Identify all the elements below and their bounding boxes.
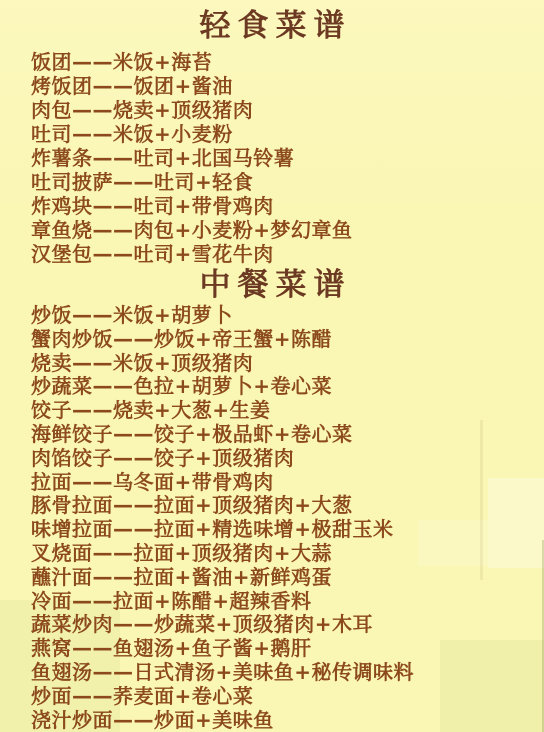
recipe-item: 炒饭——米饭+胡萝卜 <box>31 304 544 328</box>
recipe-item: 蔬菜炒肉——炒蔬菜+顶级猪肉+木耳 <box>31 613 544 637</box>
recipe-item: 豚骨拉面——拉面+顶级猪肉+大葱 <box>31 494 544 518</box>
recipe-item: 鱼翅汤——日式清汤+美味鱼+秘传调味料 <box>31 661 544 685</box>
recipe-item: 饺子——烧卖+大葱+生姜 <box>31 399 544 423</box>
recipe-item: 燕窝——鱼翅汤+鱼子酱+鹅肝 <box>31 637 544 661</box>
recipe-item: 肉包——烧卖+顶级猪肉 <box>31 98 544 122</box>
recipe-list-light-food: 饭团——米饭+海苔 烤饭团——饭团+酱油 肉包——烧卖+顶级猪肉 吐司——米饭+… <box>0 50 544 266</box>
section-title-light-food: 轻食菜谱 <box>0 7 544 45</box>
recipe-item: 蟹肉炒饭——炒饭+帝王蟹+陈醋 <box>31 328 544 352</box>
recipe-content: 轻食菜谱 饭团——米饭+海苔 烤饭团——饭团+酱油 肉包——烧卖+顶级猪肉 吐司… <box>0 0 544 732</box>
recipe-item: 蘸汁面——拉面+酱油+新鲜鸡蛋 <box>31 566 544 590</box>
recipe-item: 拉面——乌冬面+带骨鸡肉 <box>31 471 544 495</box>
recipe-item: 章鱼烧——肉包+小麦粉+梦幻章鱼 <box>31 218 544 242</box>
recipe-item: 浇汁炒面——炒面+美味鱼 <box>31 709 544 732</box>
recipe-list-chinese-food: 炒饭——米饭+胡萝卜 蟹肉炒饭——炒饭+帝王蟹+陈醋 烧卖——米饭+顶级猪肉 炒… <box>0 304 544 732</box>
recipe-item: 汉堡包——吐司+雪花牛肉 <box>31 242 544 266</box>
recipe-item: 饭团——米饭+海苔 <box>31 50 544 74</box>
recipe-item: 肉馅饺子——饺子+顶级猪肉 <box>31 447 544 471</box>
recipe-item: 炸鸡块——吐司+带骨鸡肉 <box>31 194 544 218</box>
recipe-item: 炒面——荞麦面+卷心菜 <box>31 685 544 709</box>
recipe-item: 烤饭团——饭团+酱油 <box>31 74 544 98</box>
recipe-item: 海鲜饺子——饺子+极品虾+卷心菜 <box>31 423 544 447</box>
recipe-sheet: 轻食菜谱 饭团——米饭+海苔 烤饭团——饭团+酱油 肉包——烧卖+顶级猪肉 吐司… <box>0 0 544 732</box>
section-chinese-food: 中餐菜谱 炒饭——米饭+胡萝卜 蟹肉炒饭——炒饭+帝王蟹+陈醋 烧卖——米饭+顶… <box>0 266 544 732</box>
recipe-item: 冷面——拉面+陈醋+超辣香料 <box>31 590 544 614</box>
recipe-item: 炸薯条——吐司+北国马铃薯 <box>31 146 544 170</box>
recipe-item: 味增拉面——拉面+精选味增+极甜玉米 <box>31 518 544 542</box>
recipe-item: 叉烧面——拉面+顶级猪肉+大蒜 <box>31 542 544 566</box>
recipe-item: 吐司——米饭+小麦粉 <box>31 122 544 146</box>
recipe-item: 炒蔬菜——色拉+胡萝卜+卷心菜 <box>31 375 544 399</box>
recipe-item: 烧卖——米饭+顶级猪肉 <box>31 352 544 376</box>
section-light-food: 轻食菜谱 饭团——米饭+海苔 烤饭团——饭团+酱油 肉包——烧卖+顶级猪肉 吐司… <box>0 7 544 266</box>
recipe-item: 吐司披萨——吐司+轻食 <box>31 170 544 194</box>
section-title-chinese-food: 中餐菜谱 <box>0 266 544 304</box>
